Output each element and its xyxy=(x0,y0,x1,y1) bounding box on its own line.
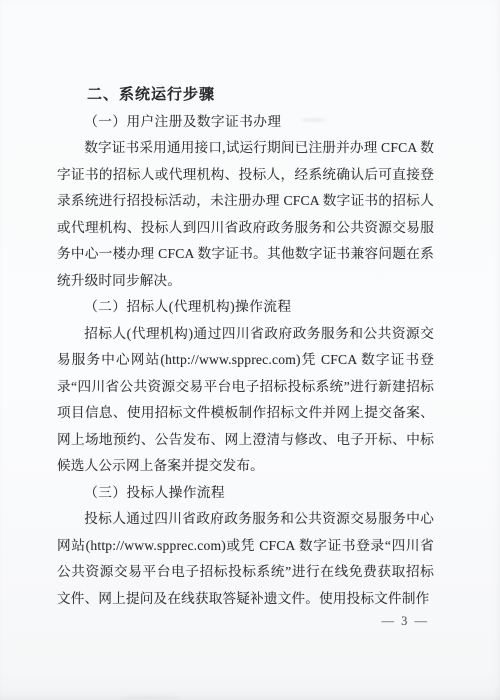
scan-noise-speck xyxy=(300,118,326,122)
scan-noise-speck xyxy=(120,696,180,699)
page-number: — 3 — xyxy=(57,611,429,631)
paragraph-1: 数字证书采用通用接口,试运行期间已注册并办理 CFCA 数字证书的招标人或代理机… xyxy=(57,135,434,294)
scanned-document-page: 二、系统运行步骤 （一）用户注册及数字证书办理 数字证书采用通用接口,试运行期间… xyxy=(0,0,500,700)
paragraph-2: 招标人(代理机构)通过四川省政府政务服务和公共资源交易服务中心网站(http:/… xyxy=(57,321,434,480)
section-heading: 二、系统运行步骤 xyxy=(57,82,434,109)
document-body: 二、系统运行步骤 （一）用户注册及数字证书办理 数字证书采用通用接口,试运行期间… xyxy=(57,82,434,612)
paragraph-3: 投标人通过四川省政府政务服务和公共资源交易服务中心网站(http://www.s… xyxy=(57,506,434,612)
subsection-heading-2: （二）招标人(代理机构)操作流程 xyxy=(57,294,434,321)
subsection-heading-3: （三）投标人操作流程 xyxy=(57,480,434,507)
subsection-heading-1: （一）用户注册及数字证书办理 xyxy=(57,109,434,136)
